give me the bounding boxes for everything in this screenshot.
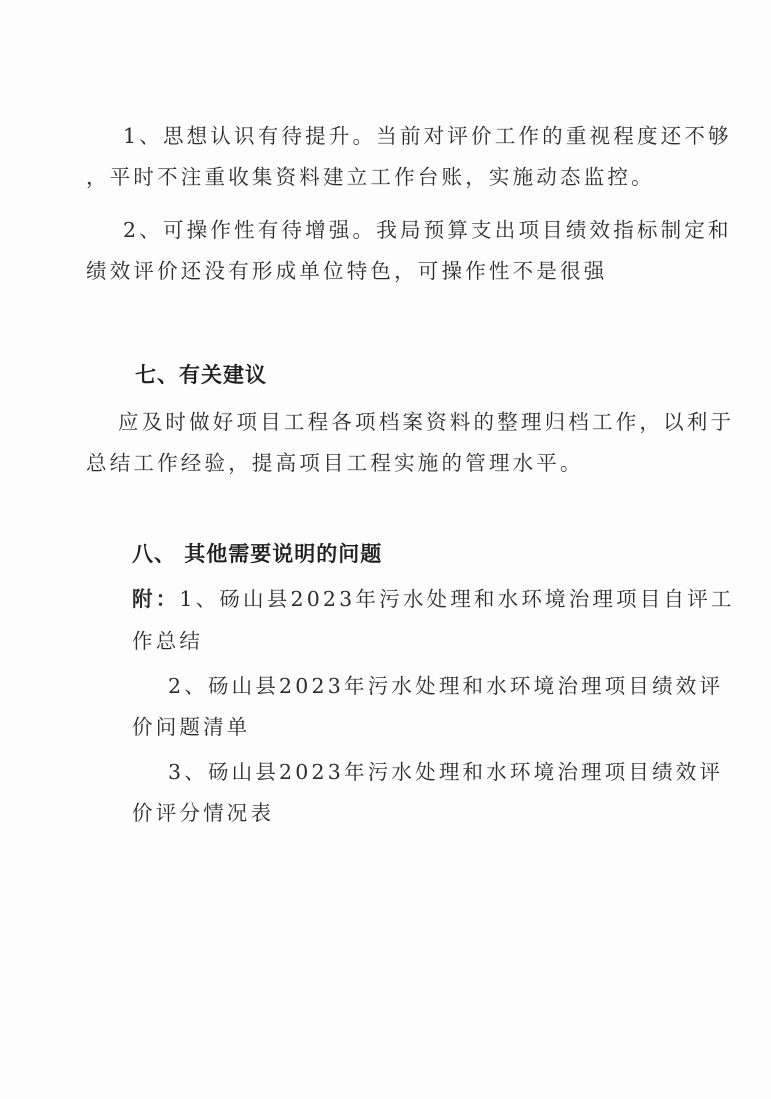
attachment-2-line-1: 2、砀山县2023年污水处理和水环境治理项目绩效评: [168, 672, 723, 700]
item-1-line-2: ，平时不注重收集资料建立工作台账，实施动态监控。: [86, 163, 655, 191]
attachment-3-line-1: 3、砀山县2023年污水处理和水环境治理项目绩效评: [168, 758, 723, 786]
item-2-line-1: 2、可操作性有待增强。我局预算支出项目绩效指标制定和: [123, 216, 732, 244]
attachment-2-line-2: 价问题清单: [132, 713, 251, 741]
section-8-heading: 八、 其他需要说明的问题: [132, 540, 382, 568]
attachment-1-line-1: 附：1、砀山县2023年污水处理和水环境治理项目自评工: [132, 585, 735, 613]
item-1-line-1: 1、思想认识有待提升。当前对评价工作的重视程度还不够: [123, 122, 732, 150]
attachment-3-line-2: 价评分情况表: [132, 799, 274, 827]
attachment-prefix: 附：: [132, 587, 179, 611]
attachment-1-line-2: 作总结: [132, 627, 203, 655]
section-7-heading: 七、有关建议: [135, 361, 267, 389]
item-2-line-2: 绩效评价还没有形成单位特色，可操作性不是很强: [86, 257, 607, 285]
section-7-line-2: 总结工作经验，提高项目工程实施的管理水平。: [86, 449, 584, 477]
section-7-line-1: 应及时做好项目工程各项档案资料的整理归档工作，以利于: [118, 408, 734, 436]
